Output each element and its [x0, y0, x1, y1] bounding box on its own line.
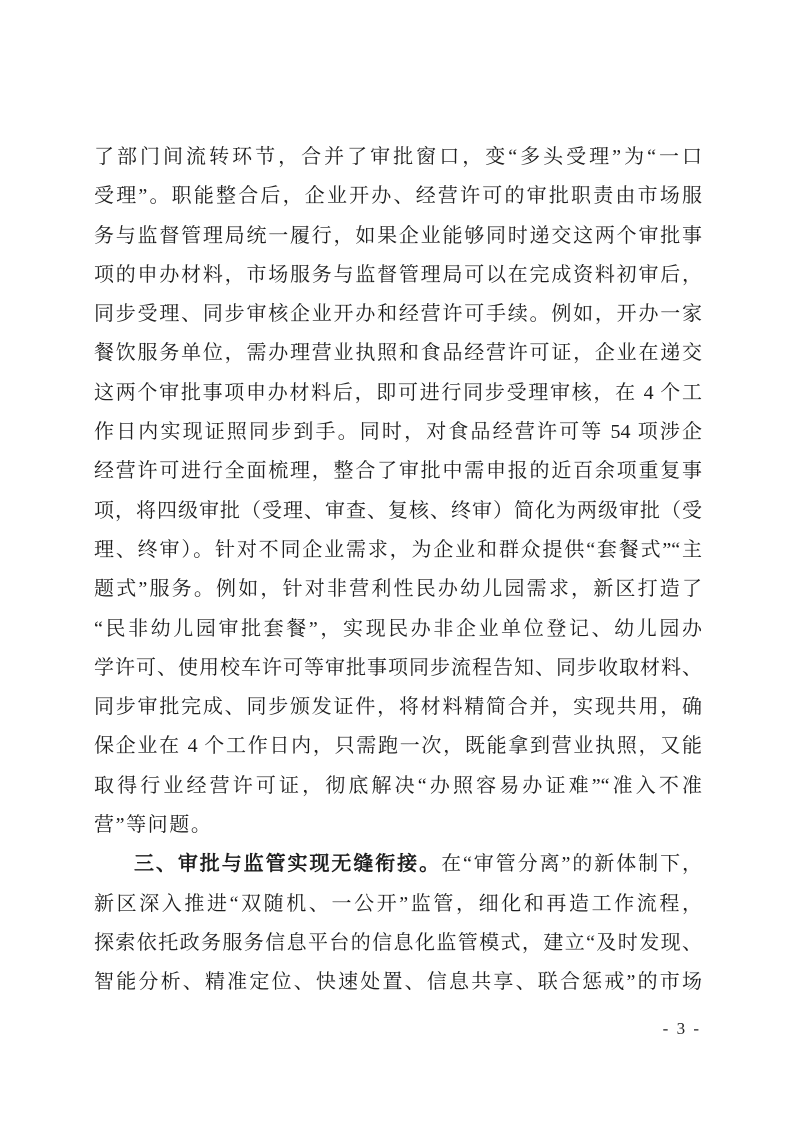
text-line: 同步受理、同步审核企业开办和经营许可手续。例如，开办一家 — [94, 295, 702, 334]
body-text: 智能分析、精准定位、快速处置、信息共享、联合惩戒”的市场 — [94, 971, 702, 993]
body-text: 务与监督管理局统一履行，如果企业能够同时递交这两个审批事 — [94, 225, 702, 247]
text-line: 经营许可进行全面梳理，整合了审批中需申报的近百余项重复事 — [94, 452, 702, 491]
body-text: 同步受理、同步审核企业开办和经营许可手续。例如，开办一家 — [94, 303, 702, 325]
text-line: 项的申办材料，市场服务与监督管理局可以在完成资料初审后， — [94, 256, 702, 295]
body-text: 题式”服务。例如，针对非营利性民办幼儿园需求，新区打造了 — [94, 578, 702, 600]
text-line: 理、终审）。针对不同企业需求，为企业和群众提供“套餐式”“主 — [94, 531, 702, 570]
body-text: 项的申办材料，市场服务与监督管理局可以在完成资料初审后， — [94, 264, 702, 286]
text-line: 取得行业经营许可证，彻底解决“办照容易办证难”“准入不准 — [94, 767, 702, 806]
text-line: 题式”服务。例如，针对非营利性民办幼儿园需求，新区打造了 — [94, 570, 702, 609]
section-heading-text: 三、审批与监管实现无缝衔接。 — [134, 853, 441, 875]
body-text: 学许可、使用校车许可等审批事项同步流程告知、同步收取材料、 — [94, 657, 702, 679]
body-text: 营”等问题。 — [94, 814, 212, 836]
body-text: 作日内实现证照同步到手。同时，对食品经营许可等 54 项涉企 — [94, 421, 702, 443]
body-text: 新区深入推进“双随机、一公开”监管，细化和再造工作流程， — [94, 893, 702, 915]
document-body: 了部门间流转环节，合并了审批窗口，变“多头受理”为“一口受理”。职能整合后，企业… — [94, 138, 702, 1003]
text-line: 这两个审批事项申办材料后，即可进行同步受理审核，在 4 个工 — [94, 374, 702, 413]
body-text: 理、终审）。针对不同企业需求，为企业和群众提供“套餐式”“主 — [94, 539, 702, 561]
text-line: 作日内实现证照同步到手。同时，对食品经营许可等 54 项涉企 — [94, 413, 702, 452]
text-line: 受理”。职能整合后，企业开办、经营许可的审批职责由市场服 — [94, 177, 702, 216]
body-text: 在“审管分离”的新体制下， — [441, 853, 702, 875]
text-line: 智能分析、精准定位、快速处置、信息共享、联合惩戒”的市场 — [94, 963, 702, 1002]
text-line: 项，将四级审批（受理、审查、复核、终审）简化为两级审批（受 — [94, 492, 702, 531]
body-text: 经营许可进行全面梳理，整合了审批中需申报的近百余项重复事 — [94, 460, 702, 482]
page-number: - 3 - — [663, 1019, 701, 1039]
text-line: 同步审批完成、同步颁发证件，将材料精简合并，实现共用，确 — [94, 688, 702, 727]
body-text: 这两个审批事项申办材料后，即可进行同步受理审核，在 4 个工 — [94, 382, 702, 404]
text-line: 营”等问题。 — [94, 806, 702, 845]
body-text: 探索依托政务服务信息平台的信息化监管模式，建立“及时发现、 — [94, 932, 702, 954]
text-line: 三、审批与监管实现无缝衔接。在“审管分离”的新体制下， — [94, 845, 702, 884]
body-text: 餐饮服务单位，需办理营业执照和食品经营许可证，企业在递交 — [94, 342, 702, 364]
text-line: 了部门间流转环节，合并了审批窗口，变“多头受理”为“一口 — [94, 138, 702, 177]
body-text: 取得行业经营许可证，彻底解决“办照容易办证难”“准入不准 — [94, 775, 702, 797]
text-line: 务与监督管理局统一履行，如果企业能够同时递交这两个审批事 — [94, 217, 702, 256]
document-page: 了部门间流转环节，合并了审批窗口，变“多头受理”为“一口受理”。职能整合后，企业… — [0, 0, 793, 1122]
body-text: 同步审批完成、同步颁发证件，将材料精简合并，实现共用，确 — [94, 696, 702, 718]
text-line: 餐饮服务单位，需办理营业执照和食品经营许可证，企业在递交 — [94, 334, 702, 373]
body-text: 保企业在 4 个工作日内，只需跑一次，既能拿到营业执照，又能 — [94, 735, 702, 757]
text-line: 学许可、使用校车许可等审批事项同步流程告知、同步收取材料、 — [94, 649, 702, 688]
text-line: 探索依托政务服务信息平台的信息化监管模式，建立“及时发现、 — [94, 924, 702, 963]
text-line: 新区深入推进“双随机、一公开”监管，细化和再造工作流程， — [94, 885, 702, 924]
text-line: “民非幼儿园审批套餐”，实现民办非企业单位登记、幼儿园办 — [94, 610, 702, 649]
body-text: 项，将四级审批（受理、审查、复核、终审）简化为两级审批（受 — [94, 500, 702, 522]
body-text: 受理”。职能整合后，企业开办、经营许可的审批职责由市场服 — [94, 185, 702, 207]
body-text: 了部门间流转环节，合并了审批窗口，变“多头受理”为“一口 — [94, 146, 702, 168]
body-text: “民非幼儿园审批套餐”，实现民办非企业单位登记、幼儿园办 — [94, 618, 702, 640]
text-line: 保企业在 4 个工作日内，只需跑一次，既能拿到营业执照，又能 — [94, 727, 702, 766]
